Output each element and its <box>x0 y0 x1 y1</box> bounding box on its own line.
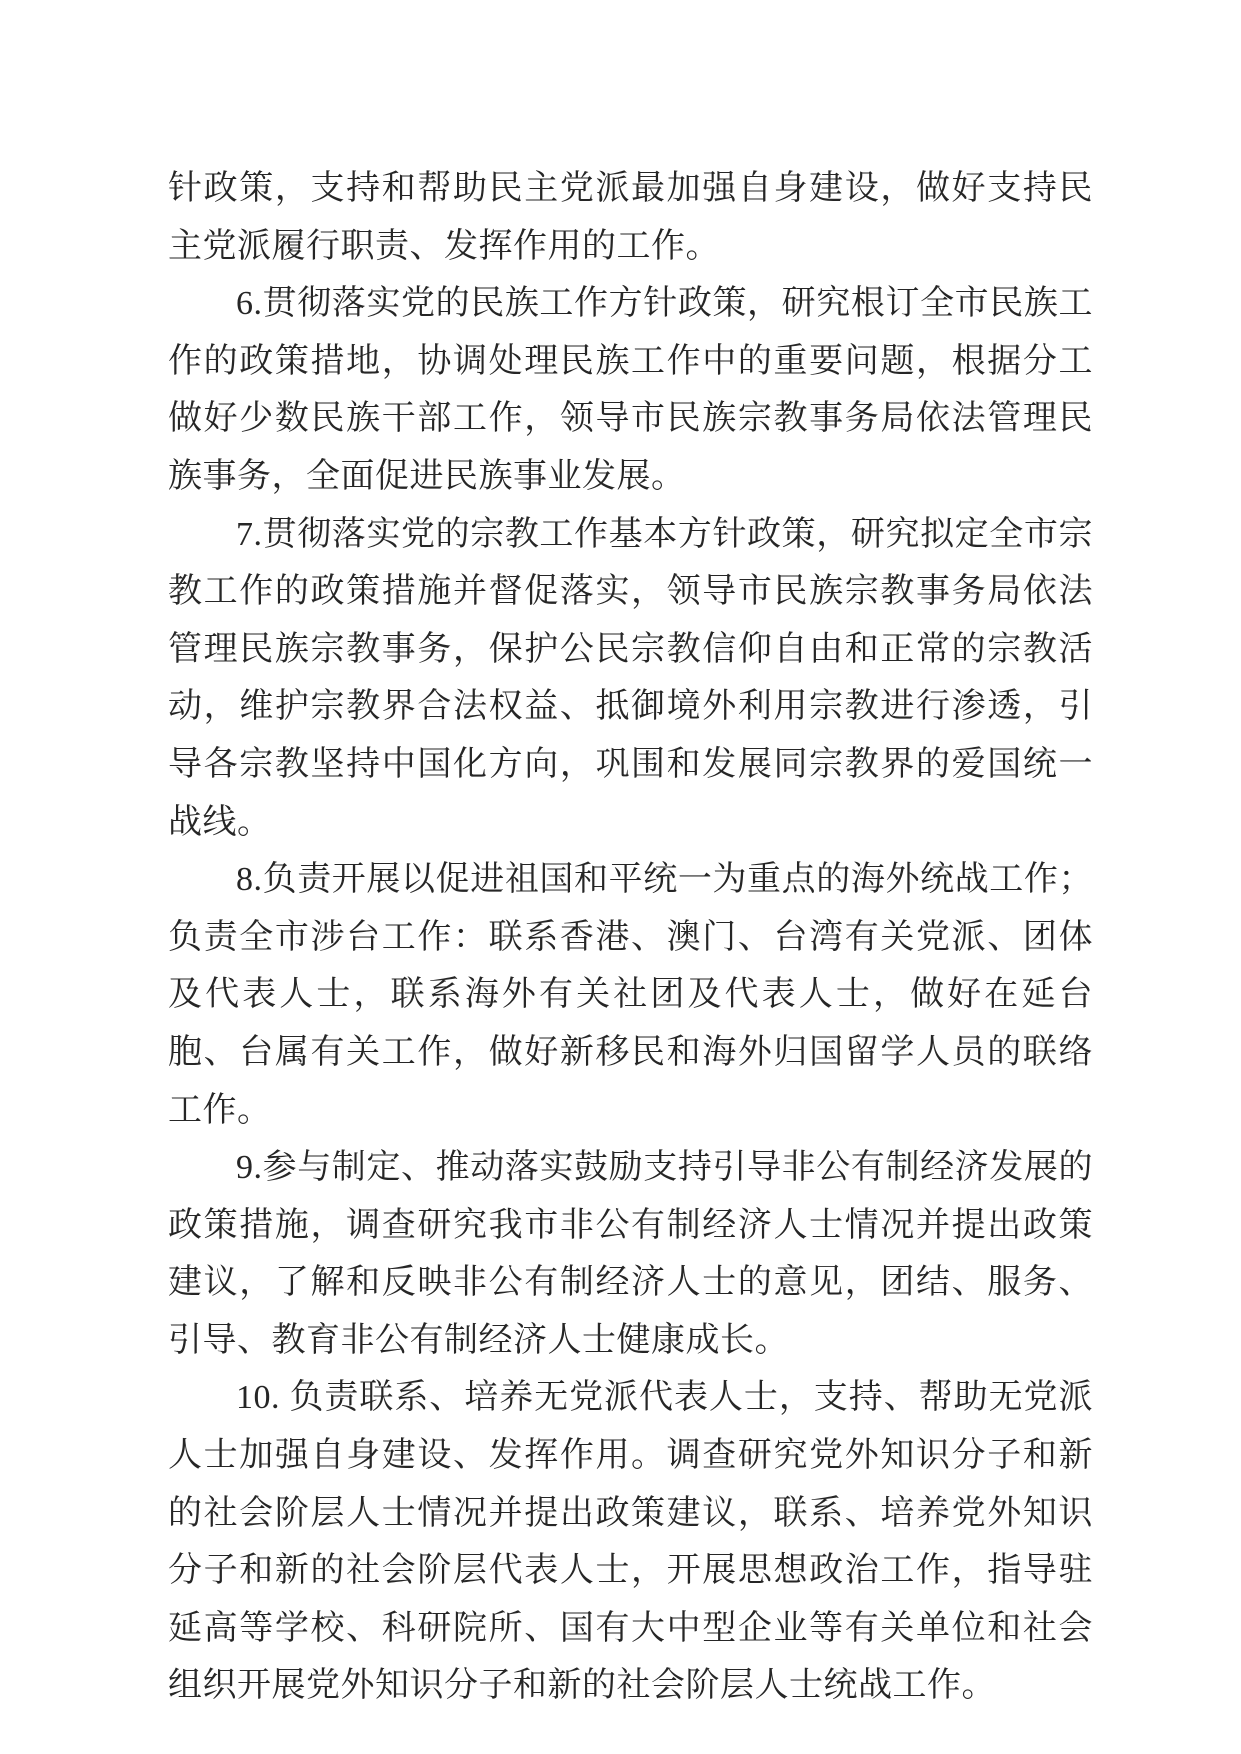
paragraph-item-10: 10. 负责联系、培养无党派代表人士，支持、帮助无党派人士加强自身建设、发挥作用… <box>168 1369 1093 1715</box>
paragraph-item-7: 7.贯彻落实党的宗教工作基本方针政策，研究拟定全市宗教工作的政策措施并督促落实，… <box>168 506 1093 852</box>
document-page: 针政策，支持和帮助民主党派最加强自身建设，做好支持民主党派履行职责、发挥作用的工… <box>0 0 1241 1754</box>
paragraph-item-5-continuation: 针政策，支持和帮助民主党派最加强自身建设，做好支持民主党派履行职责、发挥作用的工… <box>168 160 1093 275</box>
paragraph-item-8: 8.负责开展以促进祖国和平统一为重点的海外统战工作；负责全市涉台工作：联系香港、… <box>168 851 1093 1139</box>
document-body: 针政策，支持和帮助民主党派最加强自身建设，做好支持民主党派履行职责、发挥作用的工… <box>168 160 1093 1715</box>
paragraph-item-6: 6.贯彻落实党的民族工作方针政策，研究根订全市民族工作的政策措地，协调处理民族工… <box>168 275 1093 505</box>
paragraph-item-9: 9.参与制定、推动落实鼓励支持引导非公有制经济发展的政策措施，调查研究我市非公有… <box>168 1139 1093 1369</box>
